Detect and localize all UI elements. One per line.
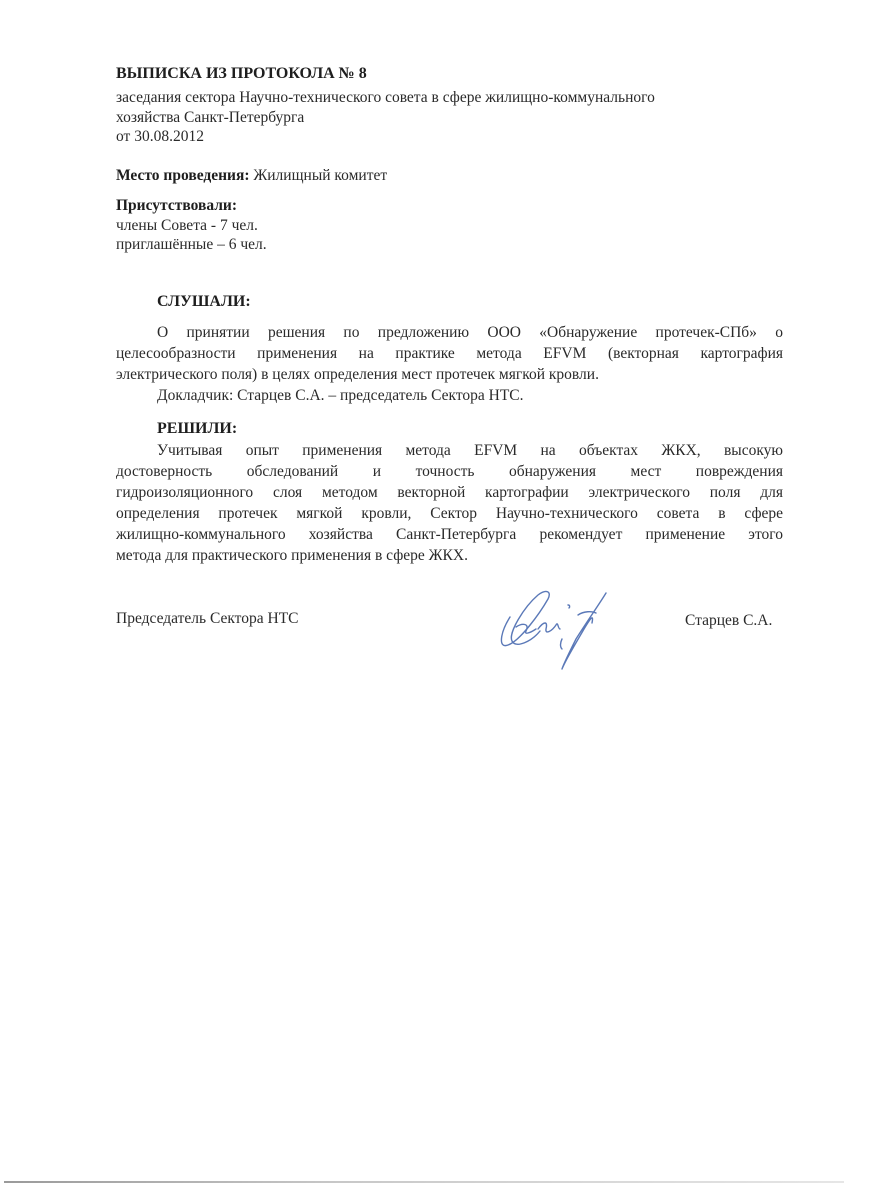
speaker-line: Докладчик: Старцев С.А. – председатель С… — [116, 385, 783, 406]
decided-paragraph: Учитывая опыт применения метода EFVM на … — [116, 440, 783, 566]
venue-label: Место проведения: — [116, 167, 250, 184]
document-title: ВЫПИСКА ИЗ ПРОТОКОЛА № 8 — [116, 64, 367, 84]
venue-value: Жилищный комитет — [250, 167, 388, 184]
decided-heading: РЕШИЛИ: — [157, 419, 237, 439]
paragraph-line: Учитывая опыт применения метода EFVM на … — [116, 440, 783, 461]
paragraph-line: гидроизоляционного слоя методом векторно… — [116, 482, 783, 503]
paragraph-line: жилищно-коммунального хозяйства Санкт-Пе… — [116, 524, 783, 545]
venue: Место проведения: Жилищный комитет — [116, 166, 387, 186]
scan-edge-divider — [4, 1181, 844, 1183]
paragraph-line: целесообразности применения на практике … — [116, 343, 783, 364]
listened-paragraph: О принятии решения по предложению ООО «О… — [116, 322, 783, 406]
signatory-position: Председатель Сектора НТС — [116, 609, 299, 629]
paragraph-line: метода для практического применения в сф… — [116, 545, 783, 566]
attendance-label: Присутствовали: — [116, 196, 267, 216]
signature-icon — [496, 583, 626, 675]
paragraph-line: определения протечек мягкой кровли, Сект… — [116, 503, 783, 524]
listened-heading: СЛУШАЛИ: — [157, 292, 251, 312]
document-subtitle: заседания сектора Научно-технического со… — [116, 88, 756, 147]
subtitle-line: хозяйства Санкт-Петербурга — [116, 108, 756, 128]
document-date: от 30.08.2012 — [116, 127, 756, 147]
attendance-invited: приглашённые – 6 чел. — [116, 235, 267, 255]
document-page: ВЫПИСКА ИЗ ПРОТОКОЛА № 8 заседания секто… — [0, 0, 873, 1200]
signatory-name: Старцев С.А. — [685, 611, 772, 631]
paragraph-line: достоверность обследований и точность об… — [116, 461, 783, 482]
attendance: Присутствовали: члены Совета - 7 чел. пр… — [116, 196, 267, 255]
paragraph-line: О принятии решения по предложению ООО «О… — [116, 322, 783, 343]
attendance-members: члены Совета - 7 чел. — [116, 216, 267, 236]
paragraph-line: электрического поля) в целях определения… — [116, 364, 783, 385]
subtitle-line: заседания сектора Научно-технического со… — [116, 88, 756, 108]
